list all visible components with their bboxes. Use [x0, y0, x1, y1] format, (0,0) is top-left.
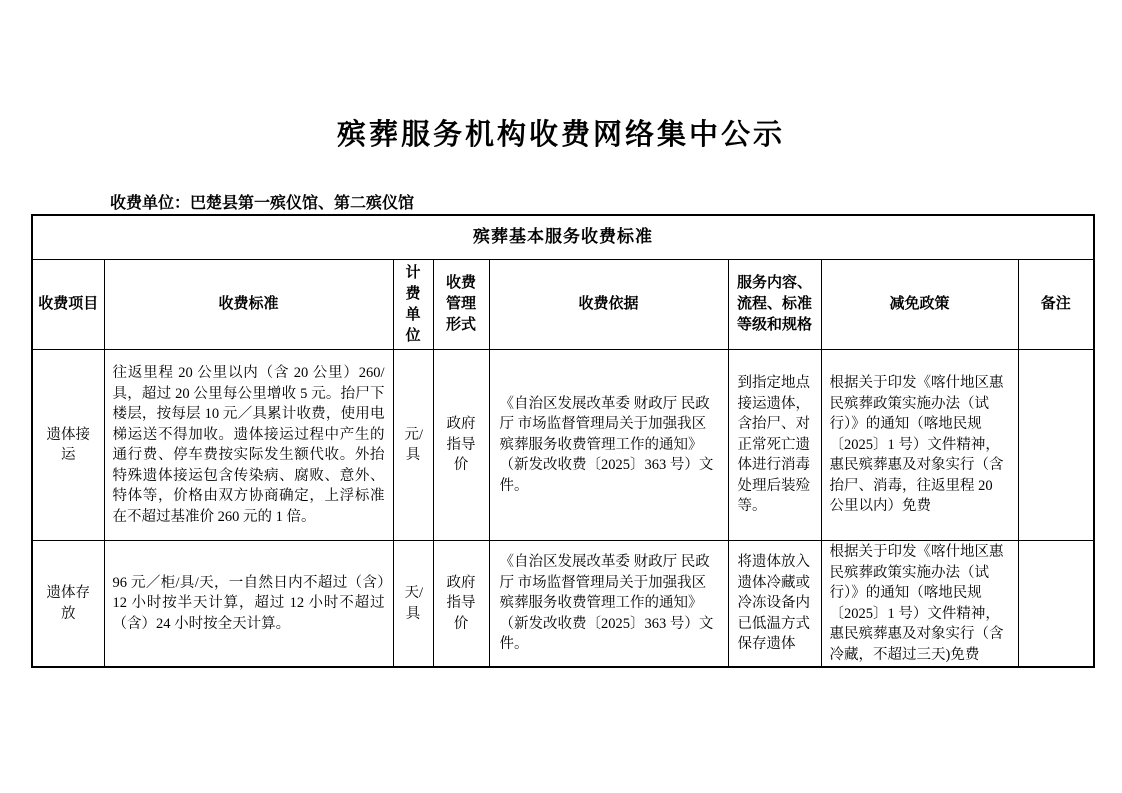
cell-fee-basis: 《自治区发展改革委 财政厅 民政厅 市场监督管理局关于加强我区殡葬服务收费管理工…: [489, 350, 728, 541]
cell-reduction-policy: 根据关于印发《喀什地区惠民殡葬政策实施办法（试行）》的通知（喀地民规〔2025〕…: [821, 541, 1018, 668]
col-header-remarks: 备注: [1018, 260, 1094, 350]
cell-management-form: 政府指导价: [433, 541, 489, 668]
col-header-billing-unit: 计费单位: [393, 260, 433, 350]
cell-fee-standard: 往返里程 20 公里以内（含 20 公里）260/具，超过 20 公里每公里增收…: [104, 350, 393, 541]
cell-service-content: 将遗体放入遗体冷藏或冷冻设备内已低温方式保存遗体: [728, 541, 821, 668]
table-caption-row: 殡葬基本服务收费标准: [32, 215, 1094, 260]
table-row: 遗体存放 96 元／柜/具/天，一自然日内不超过（含）12 小时按半天计算，超过…: [32, 541, 1094, 668]
col-header-fee-standard: 收费标准: [104, 260, 393, 350]
cell-fee-standard: 96 元／柜/具/天，一自然日内不超过（含）12 小时按半天计算，超过 12 小…: [104, 541, 393, 668]
cell-fee-item: 遗体接运: [32, 350, 104, 541]
col-header-service-content: 服务内容、流程、标准等级和规格: [728, 260, 821, 350]
cell-service-content: 到指定地点接运遗体，含抬尸、对正常死亡遗体进行消毒处理后装殓等。: [728, 350, 821, 541]
page-title: 殡葬服务机构收费网络集中公示: [0, 112, 1122, 153]
col-header-reduction-policy: 减免政策: [821, 260, 1018, 350]
table-caption: 殡葬基本服务收费标准: [32, 215, 1094, 260]
col-header-management-form: 收费管理形式: [433, 260, 489, 350]
cell-remarks: [1018, 541, 1094, 668]
document-page: 殡葬服务机构收费网络集中公示 收费单位：巴楚县第一殡仪馆、第二殡仪馆 殡葬基本服…: [0, 0, 1122, 793]
cell-management-form: 政府指导价: [433, 350, 489, 541]
col-header-fee-basis: 收费依据: [489, 260, 728, 350]
cell-fee-basis: 《自治区发展改革委 财政厅 民政厅 市场监督管理局关于加强我区殡葬服务收费管理工…: [489, 541, 728, 668]
fee-standards-table: 殡葬基本服务收费标准 收费项目 收费标准 计费单位 收费管理形式 收费依据 服务…: [31, 214, 1095, 668]
cell-remarks: [1018, 350, 1094, 541]
charging-unit-label: 收费单位：巴楚县第一殡仪馆、第二殡仪馆: [110, 190, 414, 213]
table-row: 遗体接运 往返里程 20 公里以内（含 20 公里）260/具，超过 20 公里…: [32, 350, 1094, 541]
cell-reduction-policy: 根据关于印发《喀什地区惠民殡葬政策实施办法（试行）》的通知（喀地民规〔2025〕…: [821, 350, 1018, 541]
col-header-fee-item: 收费项目: [32, 260, 104, 350]
table-header-row: 收费项目 收费标准 计费单位 收费管理形式 收费依据 服务内容、流程、标准等级和…: [32, 260, 1094, 350]
cell-billing-unit: 元/具: [393, 350, 433, 541]
cell-fee-item: 遗体存放: [32, 541, 104, 668]
cell-billing-unit: 天/具: [393, 541, 433, 668]
